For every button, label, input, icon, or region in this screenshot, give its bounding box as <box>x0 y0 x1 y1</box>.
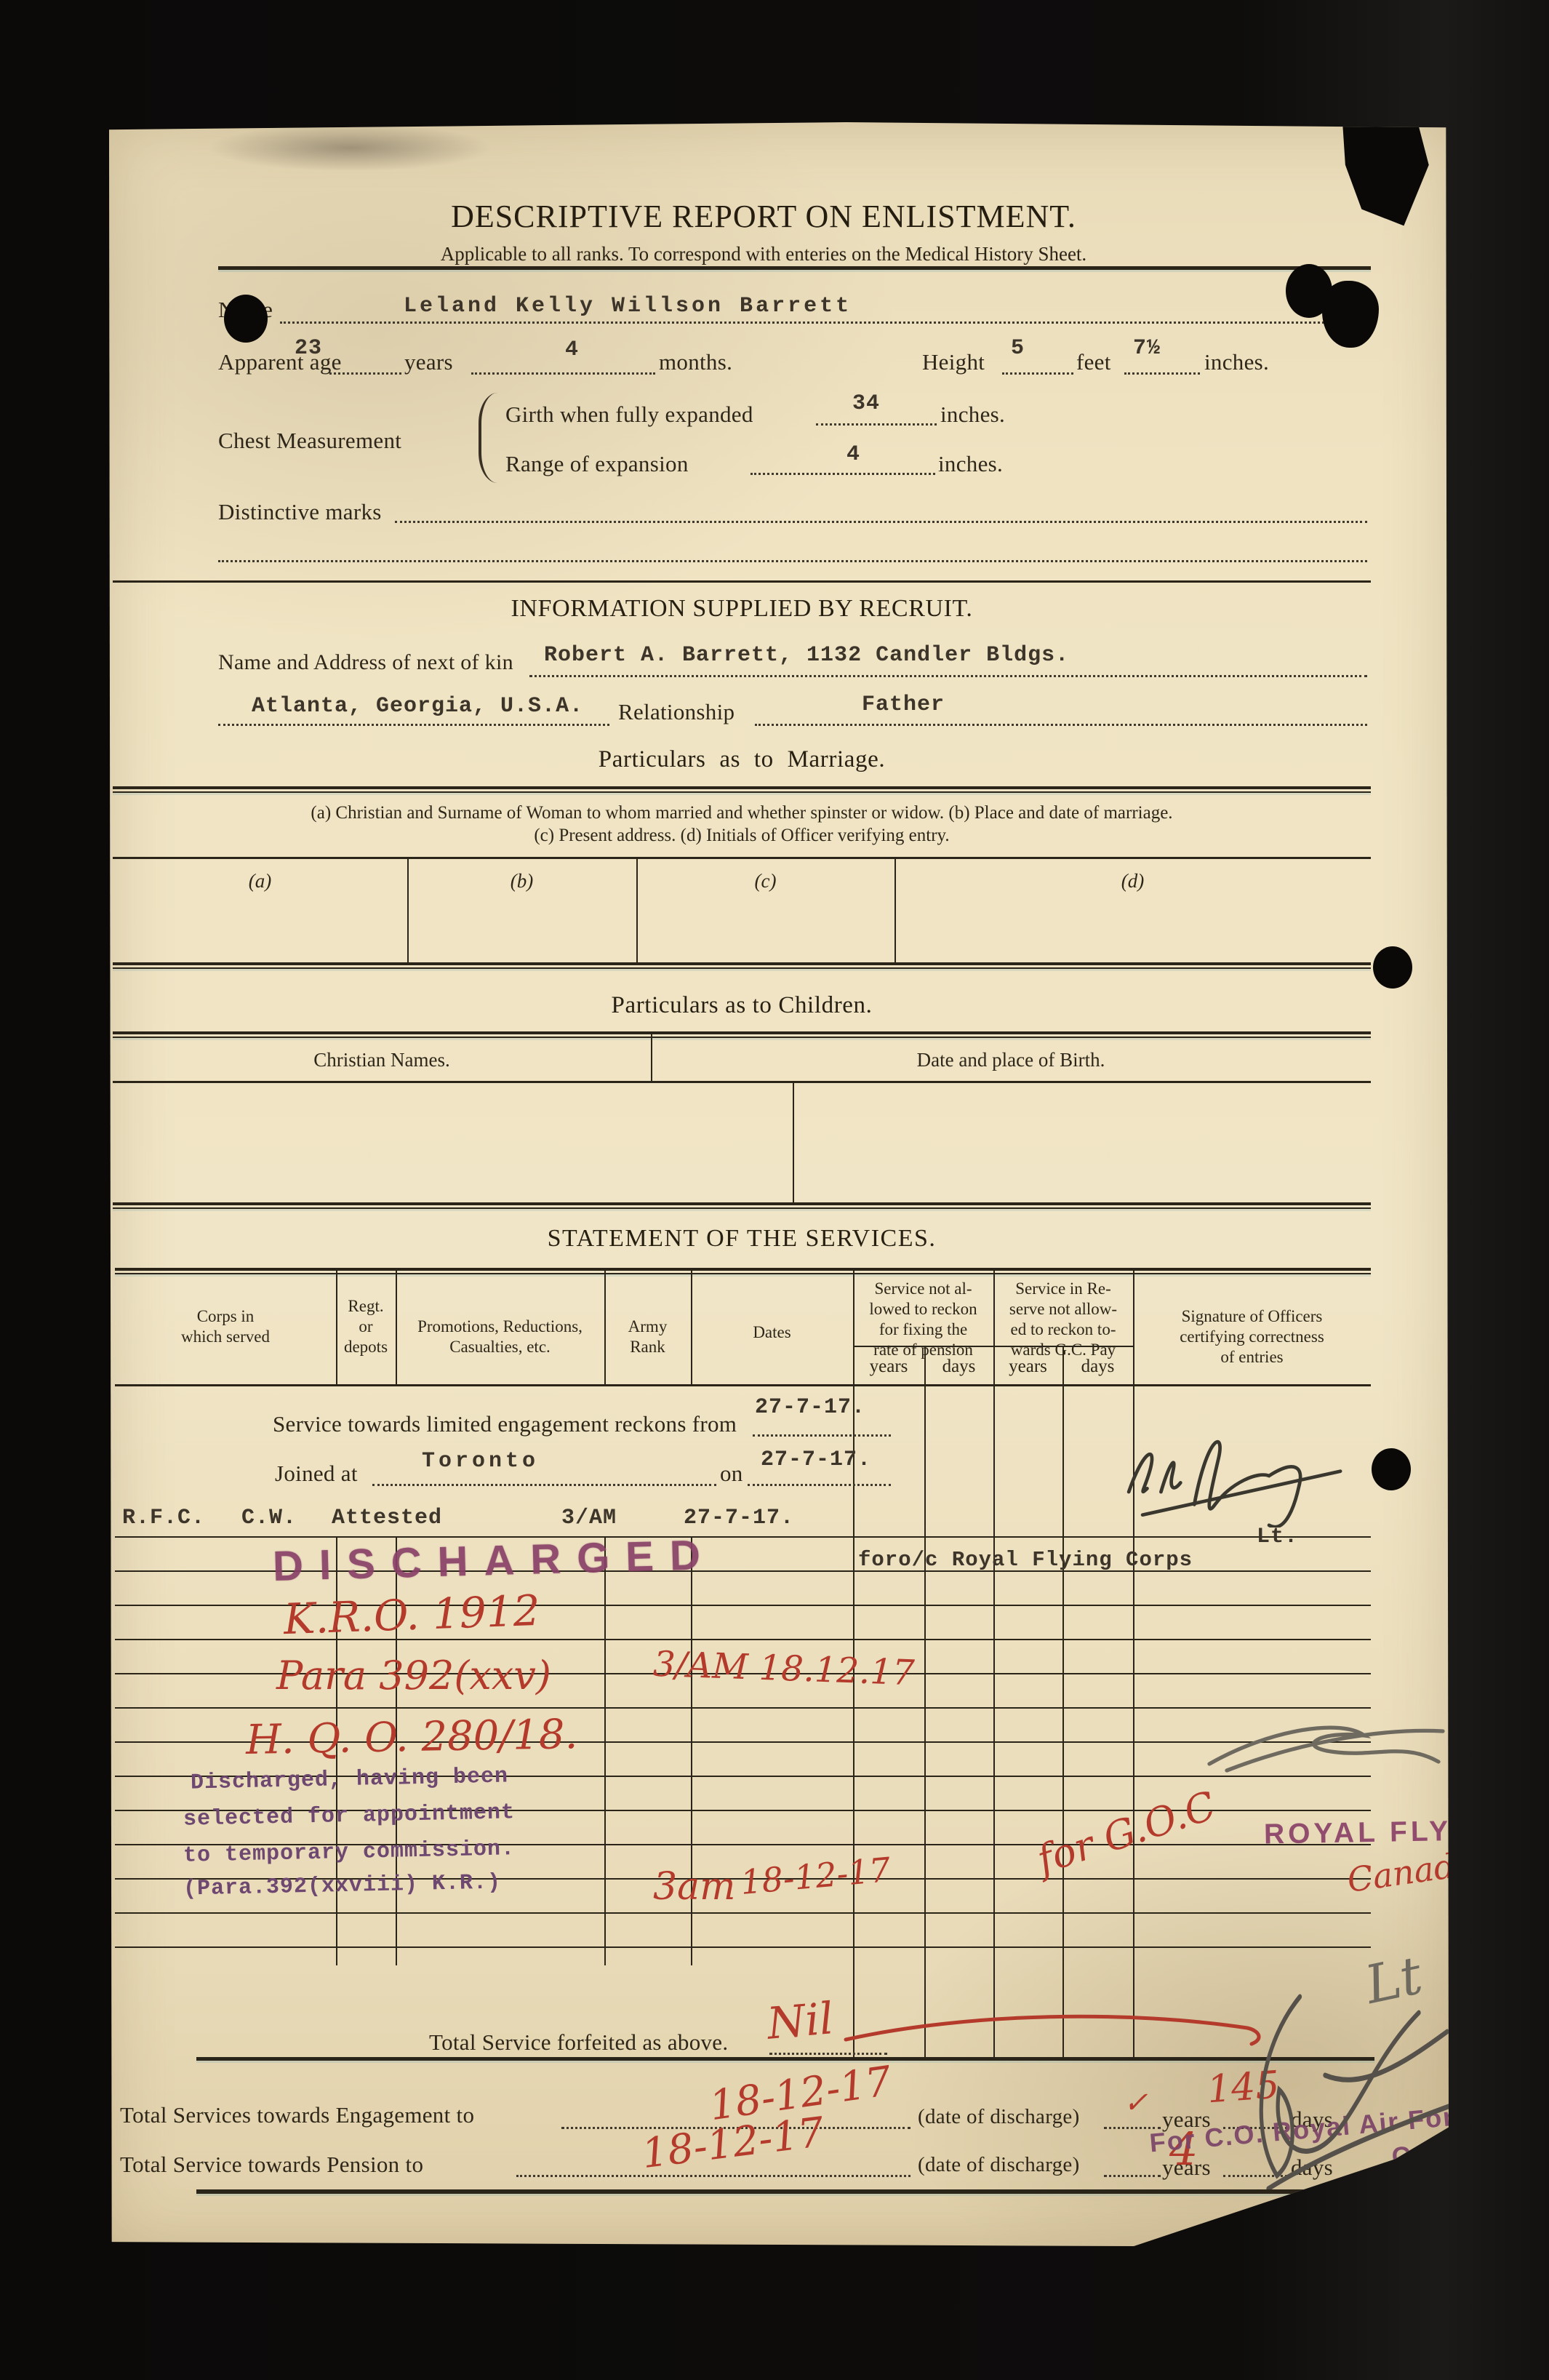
name-value: Leland Kelly Willson Barrett <box>404 294 852 319</box>
marriage-vline-3 <box>894 858 896 962</box>
children-rule-bottom <box>113 1202 1371 1209</box>
children-rule-mid <box>113 1081 1371 1083</box>
services-bv-6 <box>924 1386 926 2057</box>
kin-address-line <box>218 724 609 726</box>
marks-line1 <box>395 521 1367 523</box>
punch-hole-right-mid <box>1373 946 1412 989</box>
marriage-rule-bottom <box>113 962 1371 969</box>
reckons-line <box>753 1434 891 1437</box>
height-feet-value: 5 <box>1011 336 1025 361</box>
form-rule-bottom <box>196 2189 1376 2194</box>
chest-label: Chest Measurement <box>218 428 401 454</box>
marriage-rule-top <box>113 786 1371 793</box>
forfeited-value: Nil <box>765 1993 836 2050</box>
services-bv-7 <box>993 1386 995 2057</box>
expansion-line <box>751 473 935 475</box>
girth-label: Girth when fully expanded <box>505 402 753 428</box>
children-col-birth: Date and place of Birth. <box>651 1047 1371 1073</box>
punch-hole-right-low <box>1372 1448 1411 1490</box>
marriage-col-a: (a) <box>113 868 407 894</box>
reckons-value: 27-7-17. <box>755 1395 865 1420</box>
relationship-label: Relationship <box>618 699 735 725</box>
marks-label: Distinctive marks <box>218 499 382 525</box>
joined-label: Joined at <box>275 1461 358 1487</box>
children-body-vline <box>793 1082 794 1202</box>
children-header-vline <box>651 1033 652 1081</box>
inches-label: inches. <box>1204 349 1269 375</box>
services-rule-top <box>115 1268 1371 1274</box>
pencil-signature-mid <box>1196 1712 1458 1788</box>
kin-address-value: Atlanta, Georgia, U.S.A. <box>252 694 583 719</box>
officer-signature <box>1113 1418 1360 1528</box>
marriage-heading: Particulars as to Marriage. <box>109 746 1374 773</box>
marriage-vline-1 <box>407 858 409 962</box>
age-years-value: 23 <box>295 336 322 361</box>
marks-line2 <box>218 560 1367 562</box>
scanned-document-background: DESCRIPTIVE REPORT ON ENLISTMENT. Applic… <box>0 0 1549 2380</box>
height-label: Height <box>922 349 985 375</box>
feet-label: feet <box>1076 349 1111 375</box>
recruit-section-heading: INFORMATION SUPPLIED BY RECRUIT. <box>109 595 1374 623</box>
services-col-pension: Service not al- lowed to reckon for fixi… <box>853 1279 993 1360</box>
pension-discharge-note: (date of discharge) <box>918 2153 1080 2177</box>
form-title: DESCRIPTIVE REPORT ON ENLISTMENT. <box>153 198 1374 235</box>
engagement-discharge-note: (date of discharge) <box>918 2105 1080 2129</box>
services-bv-3 <box>604 1536 606 1965</box>
kin-value: Robert A. Barrett, 1132 Candler Bldgs. <box>544 643 1069 668</box>
red-time-entry: 3am <box>653 1865 735 1909</box>
marriage-note2: (c) Present address. (d) Initials of Off… <box>124 824 1360 848</box>
relationship-value: Father <box>862 692 945 717</box>
pension-total-label: Total Service towards Pension to <box>120 2152 423 2178</box>
services-col-regt: Regt. or depots <box>336 1296 396 1357</box>
services-col-corps: Corps in which served <box>115 1306 336 1347</box>
girth-value: 34 <box>852 391 880 416</box>
kin-line <box>529 675 1367 677</box>
joined-place-value: Toronto <box>422 1449 539 1474</box>
engagement-check: ✓ <box>1124 2086 1148 2120</box>
expansion-units: inches. <box>938 451 1003 477</box>
age-months-line <box>471 372 655 375</box>
reckons-label: Service towards limited engagement recko… <box>273 1411 737 1437</box>
chest-brace <box>479 393 500 483</box>
services-col-promotions: Promotions, Reductions, Casualties, etc. <box>396 1317 604 1357</box>
services-rule-bottom <box>196 2057 1374 2061</box>
services-bv-5 <box>853 1386 854 2057</box>
joined-date-line <box>748 1484 891 1486</box>
girth-line <box>816 423 937 426</box>
red-para-entry: Para 392(xxv) <box>276 1653 551 1698</box>
engagement-total-label: Total Services towards Engagement to <box>120 2102 474 2128</box>
services-header-rule-bottom <box>115 1384 1371 1386</box>
years-label: years <box>404 349 453 375</box>
joined-on-label: on <box>720 1461 743 1487</box>
marriage-col-c: (c) <box>636 868 894 894</box>
services-sub-days-2: days <box>1062 1356 1133 1378</box>
services-subrule <box>853 1346 1133 1347</box>
officer-rank: Lt. <box>1257 1525 1298 1549</box>
red-flourish-curve <box>840 2006 1276 2057</box>
joined-place-line <box>372 1484 716 1486</box>
forfeited-label: Total Service forfeited as above. <box>429 2029 728 2056</box>
header-rule <box>218 266 1371 270</box>
children-rule-top <box>113 1031 1371 1038</box>
marriage-col-b: (b) <box>407 868 636 894</box>
ink-blot-top-right-2 <box>1322 281 1379 348</box>
marriage-rule-mid <box>113 857 1371 859</box>
children-col-names: Christian Names. <box>113 1047 651 1073</box>
row-event: Attested <box>332 1506 442 1530</box>
expansion-value: 4 <box>846 442 860 467</box>
marriage-col-d: (d) <box>894 868 1371 894</box>
row-rank: 3/AM <box>561 1506 617 1530</box>
section-rule <box>113 580 1371 583</box>
services-col-rank: Army Rank <box>604 1317 691 1357</box>
marriage-note1: (a) Christian and Surname of Woman to wh… <box>124 802 1360 826</box>
relationship-line <box>755 724 1367 726</box>
height-feet-line <box>1002 372 1073 375</box>
services-bv-8 <box>1062 1386 1064 2057</box>
pencil-signature-bottom <box>1218 1981 1524 2199</box>
joined-date-value: 27-7-17. <box>761 1447 871 1472</box>
row-regt: C.W. <box>241 1506 297 1530</box>
height-inches-line <box>1124 372 1200 375</box>
row-note: foro/c Royal Flying Corps <box>858 1548 1193 1572</box>
months-label: months. <box>659 349 732 375</box>
services-sub-years-1: years <box>853 1356 924 1378</box>
marriage-vline-2 <box>636 858 638 962</box>
red-kro-entry: K.R.O. 1912 <box>283 1586 541 1644</box>
height-inches-value: 7½ <box>1133 336 1161 361</box>
kin-label: Name and Address of next of kin <box>218 650 513 675</box>
enlistment-form-page: DESCRIPTIVE REPORT ON ENLISTMENT. Applic… <box>109 122 1449 2246</box>
pension-date-line <box>516 2175 910 2177</box>
age-years-line <box>329 372 401 375</box>
rfc-stamp: ROYAL FLYING CORPS <box>1264 1812 1549 1850</box>
girth-units: inches. <box>940 402 1005 428</box>
services-heading: STATEMENT OF THE SERVICES. <box>109 1225 1374 1253</box>
pension-date-value: 18-12-17 <box>639 2109 827 2178</box>
red-hqo-entry: H. Q. O. 280/18. <box>245 1711 577 1764</box>
apparent-age-label: Apparent age <box>218 349 342 375</box>
punch-hole-top-left <box>224 295 268 343</box>
age-months-value: 4 <box>565 338 579 362</box>
row-date: 27-7-17. <box>684 1506 794 1530</box>
row-corps: R.F.C. <box>122 1506 205 1530</box>
expansion-label: Range of expansion <box>505 451 689 477</box>
services-sub-years-2: years <box>993 1356 1062 1378</box>
children-heading: Particulars as to Children. <box>109 992 1374 1019</box>
services-sub-days-1: days <box>924 1356 993 1378</box>
form-subtitle: Applicable to all ranks. To correspond w… <box>153 243 1374 265</box>
services-col-signature: Signature of Officers certifying correct… <box>1133 1306 1371 1367</box>
services-col-dates: Dates <box>691 1322 853 1343</box>
name-line <box>280 322 1367 324</box>
